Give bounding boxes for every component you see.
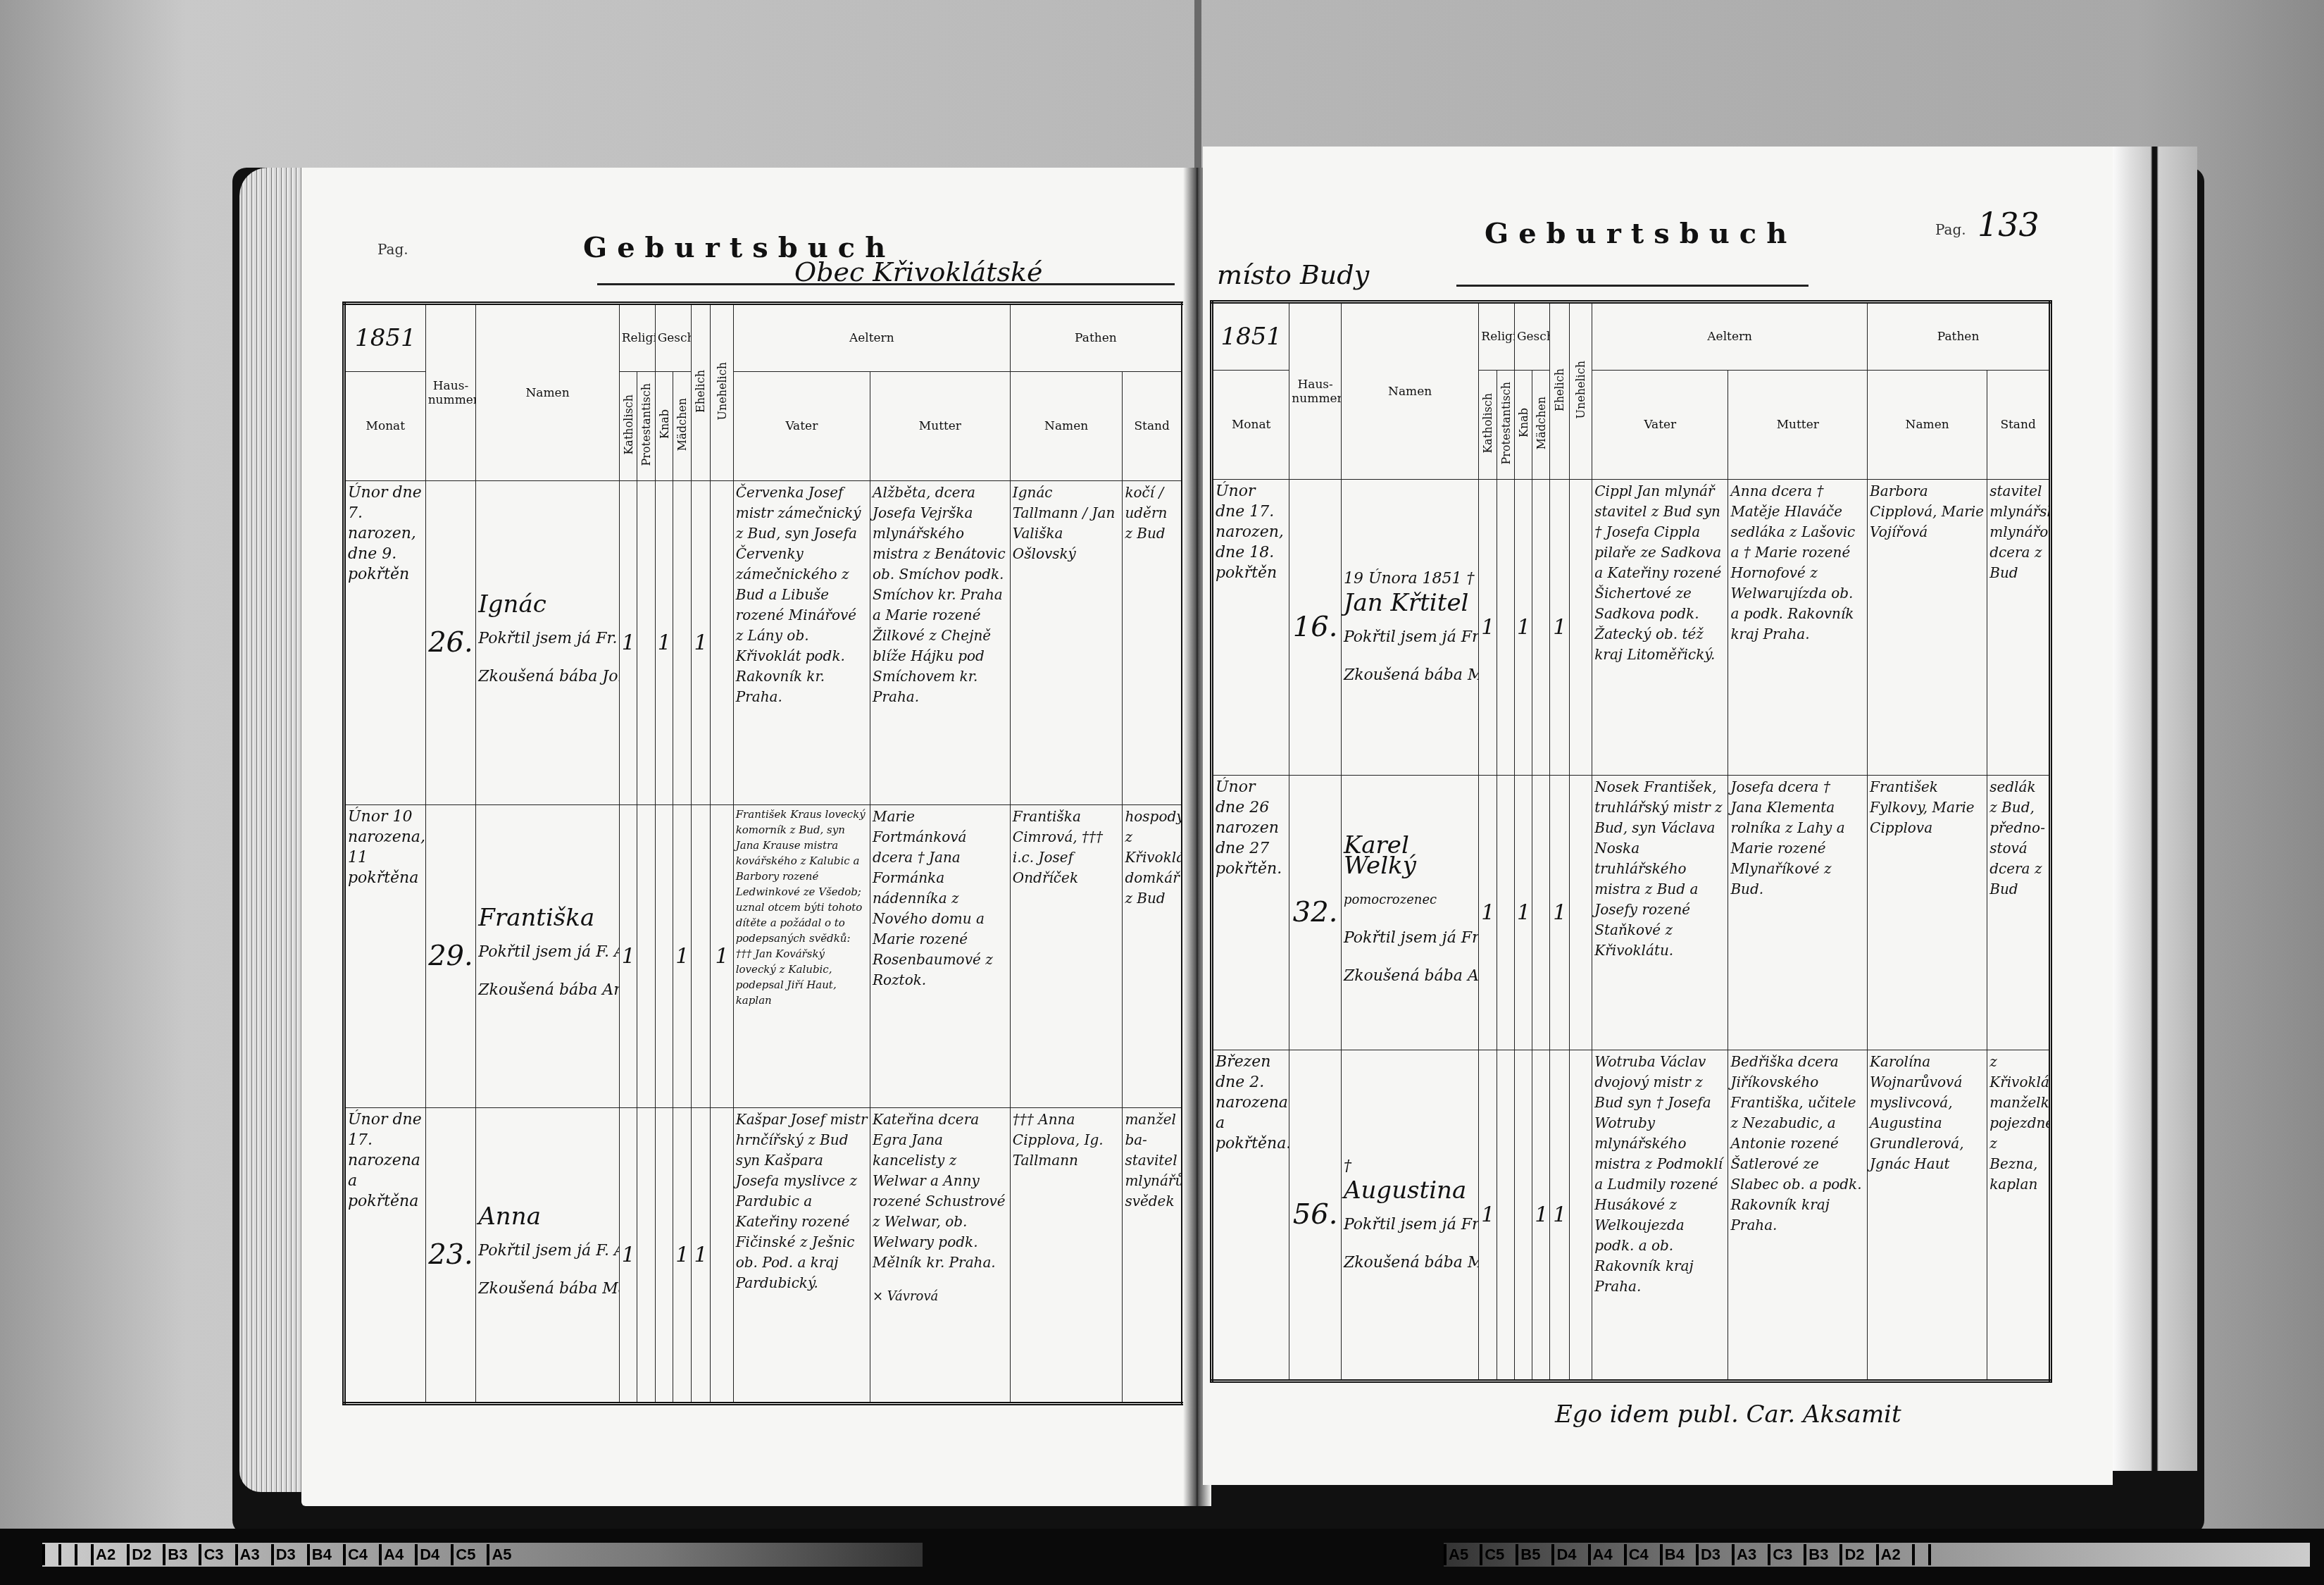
mark-madchen: 1 bbox=[673, 1108, 691, 1404]
film-ruler-left: A2D2B3C3A3D3B4C4A4D4C5A5 bbox=[42, 1543, 923, 1567]
ruler-tick bbox=[75, 1544, 80, 1565]
entry-godparent: Františka Cimrová, ††† i.c. Josef Ondříč… bbox=[1010, 805, 1123, 1108]
film-ruler-right: A5C5B5D4A4C4B4D3A3C3B3D2A2 bbox=[1444, 1543, 2310, 1567]
mark-madchen bbox=[673, 481, 691, 805]
entry-mother: Alžběta, dcera Josefa Vejrška mlynářskéh… bbox=[870, 481, 1010, 805]
entry-house: 23. bbox=[425, 1108, 476, 1404]
ruler-tick: B4 bbox=[1660, 1544, 1685, 1565]
col-monat: Monat bbox=[344, 372, 426, 481]
col-vater: Vater bbox=[1592, 371, 1728, 480]
entry-date: Únor dne 7. narozen, dne 9. pokřtěn bbox=[344, 481, 426, 805]
mark-ehelich: 1 bbox=[1550, 480, 1570, 776]
mark-katholisch: 1 bbox=[619, 481, 637, 805]
ruler-tick: D2 bbox=[1839, 1544, 1864, 1565]
year-cell: 1851 bbox=[1212, 302, 1289, 371]
register-entry: Únor 10 narozena, 11 pokřtěna 29. Franti… bbox=[344, 805, 1183, 1108]
place-header: místo Budy bbox=[1217, 259, 1369, 290]
col-ehelich: Ehelich bbox=[691, 304, 711, 481]
col-pathen: Pathen bbox=[1868, 302, 2051, 371]
mark-knab: 1 bbox=[1514, 480, 1532, 776]
mark-protestantisch bbox=[1497, 776, 1514, 1050]
col-mutter: Mutter bbox=[870, 372, 1010, 481]
page-edges-left bbox=[239, 168, 303, 1492]
entry-father: František Kraus lovecký komorník z Bud, … bbox=[733, 805, 870, 1108]
ruler-tick: B3 bbox=[1804, 1544, 1828, 1565]
mark-protestantisch bbox=[1497, 1050, 1514, 1381]
entry-mother: Marie Fortmánková dcera † Jana Formánka … bbox=[870, 805, 1010, 1108]
ruler-tick: A2 bbox=[91, 1544, 115, 1565]
mark-madchen: 1 bbox=[1532, 1050, 1550, 1381]
mark-knab bbox=[655, 1108, 673, 1404]
entry-date: Únor 10 narozena, 11 pokřtěna bbox=[344, 805, 426, 1108]
register-entry: Únor dne 17. narozen, dne 18. pokřtěn 16… bbox=[1212, 480, 2051, 776]
mark-madchen: 1 bbox=[673, 805, 691, 1108]
mark-katholisch: 1 bbox=[1479, 480, 1497, 776]
page-label: Pag. bbox=[1935, 221, 1966, 238]
register-entry: Březen dne 2. narozena a pokřtěna. 56. †… bbox=[1212, 1050, 2051, 1381]
mark-unehelich bbox=[1570, 776, 1592, 1050]
entry-name: Karel WelkýpomocrozenecPokřtil jsem já F… bbox=[1341, 776, 1478, 1050]
mark-katholisch: 1 bbox=[1479, 1050, 1497, 1381]
ruler-tick: A4 bbox=[379, 1544, 404, 1565]
entry-house: 26. bbox=[425, 481, 476, 805]
ruler-tick: C4 bbox=[343, 1544, 368, 1565]
entry-godparent-stand: hospodyně z Křivoklátu, domkář z Bud bbox=[1123, 805, 1183, 1108]
ruler-tick: A5 bbox=[1444, 1544, 1468, 1565]
entry-mother: Josefa dcera † Jana Klementa rolníka z L… bbox=[1728, 776, 1868, 1050]
mark-katholisch: 1 bbox=[619, 1108, 637, 1404]
mark-unehelich bbox=[711, 481, 733, 805]
ruler-tick: D3 bbox=[271, 1544, 296, 1565]
ruler-tick: B5 bbox=[1516, 1544, 1540, 1565]
col-aeltern: Aeltern bbox=[1592, 302, 1868, 371]
col-knab: Knab bbox=[1514, 371, 1532, 480]
entry-name: AnnaPokřtil jsem já F. Aksamit duchovní … bbox=[476, 1108, 620, 1404]
col-pathen-namen: Namen bbox=[1868, 371, 1987, 480]
ruler-tick: D2 bbox=[127, 1544, 151, 1565]
col-mutter: Mutter bbox=[1728, 371, 1868, 480]
entry-date: Únor dne 17. narozen, dne 18. pokřtěn bbox=[1212, 480, 1289, 776]
entry-name: IgnácPokřtil jsem já Fr. Aksamit, zám. d… bbox=[476, 481, 620, 805]
ruler-tick: C5 bbox=[451, 1544, 475, 1565]
entry-mother: Anna dcera † Matěje Hlaváče sedláka z La… bbox=[1728, 480, 1868, 776]
entry-godparent: Barbora Cipplová, Marie Vojířová bbox=[1868, 480, 1987, 776]
mark-katholisch: 1 bbox=[1479, 776, 1497, 1050]
mark-knab bbox=[655, 805, 673, 1108]
mark-protestantisch bbox=[1497, 480, 1514, 776]
entry-father: Kašpar Josef mistr hrnčířský z Bud syn K… bbox=[733, 1108, 870, 1404]
entry-godparent: František Fylkovy, Marie Cipplova bbox=[1868, 776, 1987, 1050]
entry-godparent-stand: manžel ba- stavitel mlynářů, svědek bbox=[1123, 1108, 1183, 1404]
entry-godparent-stand: stavitel mlynářský, mlynářova dcera z Bu… bbox=[1987, 480, 2051, 776]
mark-unehelich bbox=[1570, 1050, 1592, 1381]
register-entry: Únor dne 7. narozen, dne 9. pokřtěn 26. … bbox=[344, 481, 1183, 805]
left-page: Pag. Geburtsbuch Obec Křivoklátské 1851 … bbox=[301, 168, 1194, 1506]
col-stand: Stand bbox=[1987, 371, 2051, 480]
entry-name: FrantiškaPokřtil jsem já F. Aksamit duch… bbox=[476, 805, 620, 1108]
col-hausnummer: Haus-nummer. bbox=[425, 304, 476, 481]
mark-ehelich: 1 bbox=[1550, 776, 1570, 1050]
ruler-tick: C3 bbox=[1768, 1544, 1792, 1565]
register-table: 1851 Haus-nummer. Namen Religion Geschle… bbox=[1210, 300, 2052, 1383]
col-katholisch: Katholisch bbox=[619, 372, 637, 481]
ruler-tick bbox=[58, 1544, 63, 1565]
entry-father: Nosek František, truhlářský mistr z Bud,… bbox=[1592, 776, 1728, 1050]
page-number: 133 bbox=[1978, 206, 2039, 244]
entry-name: 19 Února 1851 †Jan KřtitelPokřtil jsem j… bbox=[1341, 480, 1478, 776]
ruler-tick: D3 bbox=[1696, 1544, 1720, 1565]
register-table: 1851 Haus-nummer. Namen Religion Geschle… bbox=[342, 302, 1185, 1405]
ruler-tick bbox=[1912, 1544, 1917, 1565]
mark-knab: 1 bbox=[655, 481, 673, 805]
ruler-tick: A3 bbox=[1732, 1544, 1756, 1565]
entry-godparent-stand: kočí / uděrn z Bud bbox=[1123, 481, 1183, 805]
col-geschlecht: Geschlecht bbox=[1514, 302, 1550, 371]
entry-godparent-stand: z Křivoklátu, manželka pojezdného z Bezn… bbox=[1987, 1050, 2051, 1381]
ruler-tick: D4 bbox=[415, 1544, 439, 1565]
entry-name: †AugustinaPokřtil jsem já Fr. Aksamit zá… bbox=[1341, 1050, 1478, 1381]
mark-madchen bbox=[1532, 776, 1550, 1050]
closing-signature: Ego idem publ. Car. Aksamit bbox=[1555, 1400, 1901, 1429]
col-unehelich: Unehelich bbox=[711, 304, 733, 481]
col-ehelich: Ehelich bbox=[1550, 302, 1570, 480]
register-entry: Únor dne 17. narozena a pokřtěna 23. Ann… bbox=[344, 1108, 1183, 1404]
title-underline bbox=[1456, 285, 1808, 287]
page-edges-right bbox=[2113, 147, 2197, 1471]
right-page: Geburtsbuch Pag. 133 místo Budy 1851 Hau… bbox=[1203, 147, 2113, 1485]
entry-house: 29. bbox=[425, 805, 476, 1108]
margin-note: × Vávrová bbox=[873, 1283, 1008, 1311]
col-pathen-namen: Namen bbox=[1010, 372, 1123, 481]
col-madchen: Mädchen bbox=[673, 372, 691, 481]
entry-house: 32. bbox=[1289, 776, 1342, 1050]
entry-mother: Kateřina dcera Egra Jana kancelisty z We… bbox=[870, 1108, 1010, 1404]
col-religion: Religion bbox=[619, 304, 655, 372]
mark-protestantisch bbox=[637, 481, 655, 805]
col-unehelich: Unehelich bbox=[1570, 302, 1592, 480]
mark-ehelich bbox=[691, 805, 711, 1108]
ruler-tick bbox=[42, 1544, 47, 1565]
col-geschlecht: Geschlecht bbox=[655, 304, 691, 372]
entry-godparent: ††† Anna Cipplova, Ig. Tallmann bbox=[1010, 1108, 1123, 1404]
ruler-tick: A2 bbox=[1876, 1544, 1901, 1565]
page-label: Pag. bbox=[377, 241, 408, 258]
mark-knab: 1 bbox=[1514, 776, 1532, 1050]
ruler-tick: C3 bbox=[199, 1544, 223, 1565]
ruler-tick: D4 bbox=[1551, 1544, 1576, 1565]
col-knab: Knab bbox=[655, 372, 673, 481]
col-pathen: Pathen bbox=[1010, 304, 1182, 372]
col-hausnummer: Haus-nummer. bbox=[1289, 302, 1342, 480]
col-stand: Stand bbox=[1123, 372, 1183, 481]
entry-house: 16. bbox=[1289, 480, 1342, 776]
mark-unehelich: 1 bbox=[711, 805, 733, 1108]
col-religion: Religion bbox=[1479, 302, 1515, 371]
ruler-tick: B4 bbox=[307, 1544, 332, 1565]
entry-father: Wotruba Václav dvojový mistr z Bud syn †… bbox=[1592, 1050, 1728, 1381]
mark-ehelich: 1 bbox=[1550, 1050, 1570, 1381]
col-katholisch: Katholisch bbox=[1479, 371, 1497, 480]
entry-father: Červenka Josef mistr zámečnický z Bud, s… bbox=[733, 481, 870, 805]
mark-unehelich bbox=[711, 1108, 733, 1404]
entry-father: Cippl Jan mlynář stavitel z Bud syn † Jo… bbox=[1592, 480, 1728, 776]
mark-unehelich bbox=[1570, 480, 1592, 776]
mark-protestantisch bbox=[637, 805, 655, 1108]
ruler-tick: C5 bbox=[1480, 1544, 1504, 1565]
mark-katholisch: 1 bbox=[619, 805, 637, 1108]
page-title: Geburtsbuch bbox=[1485, 217, 1797, 250]
ruler-tick: A4 bbox=[1588, 1544, 1613, 1565]
mark-protestantisch bbox=[637, 1108, 655, 1404]
ruler-tick: B3 bbox=[163, 1544, 187, 1565]
entry-date: Únor dne 17. narozena a pokřtěna bbox=[344, 1108, 426, 1404]
ruler-tick bbox=[1928, 1544, 1933, 1565]
year-cell: 1851 bbox=[344, 304, 426, 372]
col-aeltern: Aeltern bbox=[733, 304, 1010, 372]
col-namen: Namen bbox=[476, 304, 620, 481]
col-madchen: Mädchen bbox=[1532, 371, 1550, 480]
col-namen: Namen bbox=[1341, 302, 1478, 480]
col-protestantisch: Protestantisch bbox=[637, 372, 655, 481]
entry-godparent: Karolína Wojnarůvová myslivcová, Augusti… bbox=[1868, 1050, 1987, 1381]
col-protestantisch: Protestantisch bbox=[1497, 371, 1514, 480]
entry-godparent-stand: sedlák z Bud, předno- stová dcera z Bud bbox=[1987, 776, 2051, 1050]
mark-knab bbox=[1514, 1050, 1532, 1381]
ruler-tick: A3 bbox=[235, 1544, 260, 1565]
ruler-tick: C4 bbox=[1624, 1544, 1649, 1565]
mark-madchen bbox=[1532, 480, 1550, 776]
mark-ehelich: 1 bbox=[691, 1108, 711, 1404]
entry-house: 56. bbox=[1289, 1050, 1342, 1381]
mark-ehelich: 1 bbox=[691, 481, 711, 805]
place-header: Obec Křivoklátské bbox=[794, 256, 1043, 287]
ruler-tick: A5 bbox=[487, 1544, 511, 1565]
entry-date: Březen dne 2. narozena a pokřtěna. bbox=[1212, 1050, 1289, 1381]
col-monat: Monat bbox=[1212, 371, 1289, 480]
col-vater: Vater bbox=[733, 372, 870, 481]
entry-godparent: Ignác Tallmann / Jan Vališka Ošlovský bbox=[1010, 481, 1123, 805]
entry-mother: Bedřiška dcera Jiříkovského Františka, u… bbox=[1728, 1050, 1868, 1381]
entry-date: Únor dne 26 narozen dne 27 pokřtěn. bbox=[1212, 776, 1289, 1050]
register-entry: Únor dne 26 narozen dne 27 pokřtěn. 32. … bbox=[1212, 776, 2051, 1050]
